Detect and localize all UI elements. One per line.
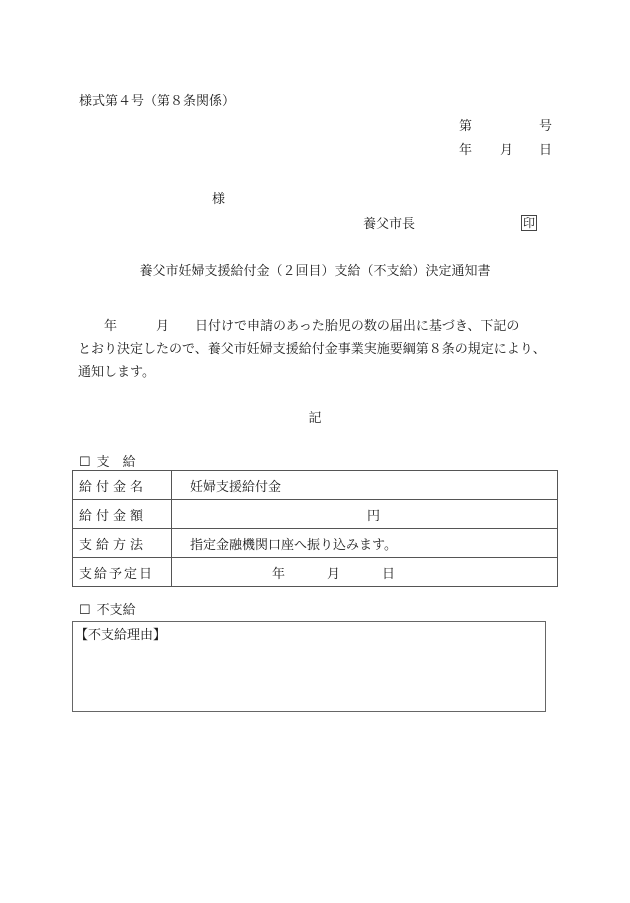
payment-details-table: 給付金名 妊婦支援給付金 給付金額 円 支給方法 指定金融機関口座へ振り込みます…: [72, 470, 558, 587]
table-row: 給付金額 円: [73, 500, 558, 529]
nonpayment-checkbox[interactable]: ☐: [79, 603, 91, 618]
table-row: 支給予定日 年月日: [73, 558, 558, 587]
issue-date-day: 日: [539, 144, 552, 157]
body-line-1: 年 月 日付けで申請のあった胎児の数の届出に基づき、下記の: [78, 315, 558, 338]
scheduled-month: 月: [327, 563, 340, 582]
benefit-name-value: 妊婦支援給付金: [172, 471, 558, 500]
doc-number-prefix: 第: [459, 120, 472, 133]
addressee-honorific: 様: [212, 193, 225, 206]
row-label-scheduled-date: 支給予定日: [73, 558, 172, 587]
form-number: 様式第４号（第８条関係）: [79, 95, 235, 108]
table-row: 給付金名 妊婦支援給付金: [73, 471, 558, 500]
body-line-3: 通知します。: [78, 361, 558, 384]
scheduled-day: 日: [382, 563, 395, 582]
payment-label: 支 給: [97, 455, 136, 470]
table-row: 支給方法 指定金融機関口座へ振り込みます。: [73, 529, 558, 558]
row-label-method: 支給方法: [73, 529, 172, 558]
amount-field[interactable]: 円: [172, 500, 558, 529]
payment-section-label: ☐支 給: [79, 456, 136, 469]
document-title: 養父市妊婦支援給付金（２回目）支給（不支給）決定通知書: [0, 265, 630, 278]
body-line-2: とおり決定したので、養父市妊婦支援給付金事業実施要綱第８条の規定により、: [78, 338, 558, 361]
scheduled-year: 年: [272, 563, 285, 582]
issue-date-month: 月: [500, 144, 513, 157]
row-label-amount: 給付金額: [73, 500, 172, 529]
ki-heading: 記: [0, 412, 630, 425]
issue-date-year: 年: [459, 144, 472, 157]
nonpayment-section-label: ☐不支給: [79, 604, 136, 617]
yen-unit: 円: [367, 509, 380, 524]
nonpayment-reason-box[interactable]: 【不支給理由】: [72, 621, 546, 712]
body-paragraph: 年 月 日付けで申請のあった胎児の数の届出に基づき、下記の とおり決定したので、…: [78, 315, 558, 384]
row-label-benefit-name: 給付金名: [73, 471, 172, 500]
payment-method-value: 指定金融機関口座へ振り込みます。: [172, 529, 558, 558]
payment-checkbox[interactable]: ☐: [79, 455, 91, 470]
reason-title: 【不支給理由】: [75, 624, 166, 643]
scheduled-date-parts: 年月日: [190, 567, 395, 582]
scheduled-date-field[interactable]: 年月日: [172, 558, 558, 587]
seal-stamp-icon: 印: [521, 215, 537, 231]
nonpayment-label: 不支給: [97, 603, 136, 618]
doc-number-suffix: 号: [539, 120, 552, 133]
issuer-name: 養父市長: [363, 218, 415, 231]
